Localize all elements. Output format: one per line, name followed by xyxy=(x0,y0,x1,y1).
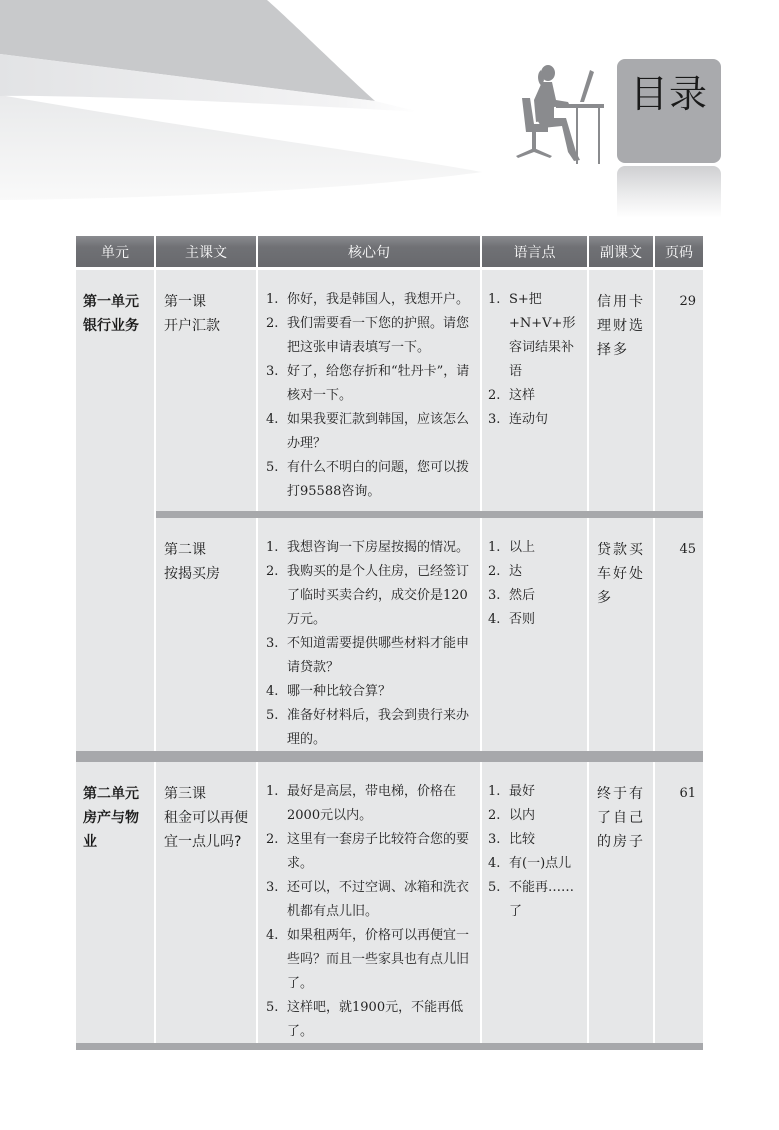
lesson-main-text[interactable]: 第一课 开户汇款 xyxy=(156,270,258,511)
unit-row: 第一单元 银行业务 第一课 开户汇款 1.你好，我是韩国人，我想开户。 2.我们… xyxy=(76,270,703,751)
core-sentence: 3.还可以，不过空调、冰箱和洗衣机都有点儿旧。 xyxy=(266,876,474,924)
item-number: 3. xyxy=(488,828,509,852)
item-text: 最好 xyxy=(509,780,583,804)
item-number: 4. xyxy=(266,924,287,996)
unit-name-line: 第一单元 xyxy=(83,290,154,314)
item-number: 3. xyxy=(266,876,287,924)
lesson-number: 第一课 xyxy=(164,290,256,314)
unit-separator xyxy=(76,751,703,762)
item-text: 有什么不明白的问题，您可以拨打95588咨询。 xyxy=(287,456,474,504)
language-point: 5.不能再……了 xyxy=(488,876,583,924)
lesson-number: 第二课 xyxy=(164,538,256,562)
sub-text[interactable]: 贷款买车好处多 xyxy=(589,518,655,751)
item-text: 还可以，不过空调、冰箱和洗衣机都有点儿旧。 xyxy=(287,876,474,924)
item-text: 哪一种比较合算？ xyxy=(287,680,474,704)
language-point: 1.S+把+N+V+形容词结果补语 xyxy=(488,288,583,384)
item-number: 5. xyxy=(266,996,287,1044)
woman-at-computer-icon xyxy=(508,60,608,170)
item-text: 比较 xyxy=(509,828,583,852)
unit-lessons: 第三课 租金可以再便 宜一点儿吗? 1.最好是高层，带电梯，价格在2000元以内… xyxy=(156,762,703,1043)
item-number: 2. xyxy=(488,384,509,408)
item-text: 连动句 xyxy=(509,408,583,432)
item-number: 2. xyxy=(266,312,287,360)
core-sentence: 4.如果我要汇款到韩国，应该怎么办理？ xyxy=(266,408,474,456)
item-number: 3. xyxy=(266,360,287,408)
column-header-language-points: 语言点 xyxy=(482,236,589,267)
item-text: 准备好材料后，我会到贵行来办理的。 xyxy=(287,704,474,752)
core-sentence: 2.我们需要看一下您的护照。请您把这张申请表填写一下。 xyxy=(266,312,474,360)
item-number: 3. xyxy=(488,408,509,432)
language-points: 1.S+把+N+V+形容词结果补语 2.这样 3.连动句 xyxy=(482,270,589,511)
item-text: 不能再……了 xyxy=(509,876,583,924)
item-number: 2. xyxy=(266,560,287,632)
core-sentence: 3.好了，给您存折和“牡丹卡”，请核对一下。 xyxy=(266,360,474,408)
item-number: 5. xyxy=(266,456,287,504)
core-sentences: 1.我想咨询一下房屋按揭的情况。 2.我购买的是个人住房，已经签订了临时买卖合约… xyxy=(258,518,482,751)
item-number: 1. xyxy=(488,780,509,804)
sub-text[interactable]: 终于有了自己的房子 xyxy=(589,762,655,1043)
item-text: 最好是高层，带电梯，价格在2000元以内。 xyxy=(287,780,474,828)
unit-name: 第一单元 银行业务 xyxy=(76,270,156,751)
language-point: 3.然后 xyxy=(488,584,583,608)
unit-lessons: 第一课 开户汇款 1.你好，我是韩国人，我想开户。 2.我们需要看一下您的护照。… xyxy=(156,270,703,751)
lesson-title: 按揭买房 xyxy=(164,562,256,586)
unit-name: 第二单元 房产与物 业 xyxy=(76,762,156,1043)
core-sentence: 2.我购买的是个人住房，已经签订了临时买卖合约，成交价是120万元。 xyxy=(266,560,474,632)
title-box: 目录 xyxy=(617,59,721,163)
item-number: 1. xyxy=(266,288,287,312)
unit-name-line: 业 xyxy=(83,830,154,854)
item-number: 1. xyxy=(488,536,509,560)
item-number: 3. xyxy=(266,632,287,680)
lesson-title: 开户汇款 xyxy=(164,314,256,338)
core-sentence: 1.你好，我是韩国人，我想开户。 xyxy=(266,288,474,312)
item-text: 有(一)点儿 xyxy=(509,852,583,876)
core-sentences: 1.最好是高层，带电梯，价格在2000元以内。 2.这里有一套房子比较符合您的要… xyxy=(258,762,482,1043)
core-sentence: 5.这样吧，就1900元，不能再低了。 xyxy=(266,996,474,1044)
item-number: 1. xyxy=(266,536,287,560)
item-text: 这样吧，就1900元，不能再低了。 xyxy=(287,996,474,1044)
table-bottom-border xyxy=(76,1043,703,1050)
item-text: 这样 xyxy=(509,384,583,408)
item-text: 以内 xyxy=(509,804,583,828)
core-sentence: 2.这里有一套房子比较符合您的要求。 xyxy=(266,828,474,876)
item-text: 这里有一套房子比较符合您的要求。 xyxy=(287,828,474,876)
core-sentence: 1.我想咨询一下房屋按揭的情况。 xyxy=(266,536,474,560)
page-number[interactable]: 29 xyxy=(655,270,702,511)
lesson-row: 第三课 租金可以再便 宜一点儿吗? 1.最好是高层，带电梯，价格在2000元以内… xyxy=(156,762,703,1043)
lesson-title: 租金可以再便 xyxy=(164,806,256,830)
lesson-separator xyxy=(156,511,703,518)
item-number: 1. xyxy=(488,288,509,384)
lesson-main-text[interactable]: 第二课 按揭买房 xyxy=(156,518,258,751)
item-number: 4. xyxy=(266,680,287,704)
item-text: 你好，我是韩国人，我想开户。 xyxy=(287,288,474,312)
unit-row: 第二单元 房产与物 业 第三课 租金可以再便 宜一点儿吗? 1.最好是高层，带电… xyxy=(76,762,703,1043)
item-text: 不知道需要提供哪些材料才能申请贷款？ xyxy=(287,632,474,680)
core-sentence: 1.最好是高层，带电梯，价格在2000元以内。 xyxy=(266,780,474,828)
table-of-contents: 单元 主课文 核心句 语言点 副课文 页码 第一单元 银行业务 第一课 开户汇款… xyxy=(76,236,703,1050)
core-sentences: 1.你好，我是韩国人，我想开户。 2.我们需要看一下您的护照。请您把这张申请表填… xyxy=(258,270,482,511)
lesson-row: 第二课 按揭买房 1.我想咨询一下房屋按揭的情况。 2.我购买的是个人住房，已经… xyxy=(156,518,703,751)
language-points: 1.以上 2.达 3.然后 4.否则 xyxy=(482,518,589,751)
item-text: S+把+N+V+形容词结果补语 xyxy=(509,288,583,384)
language-point: 3.比较 xyxy=(488,828,583,852)
item-text: 我想咨询一下房屋按揭的情况。 xyxy=(287,536,474,560)
core-sentence: 5.有什么不明白的问题，您可以拨打95588咨询。 xyxy=(266,456,474,504)
language-point: 2.这样 xyxy=(488,384,583,408)
table-header: 单元 主课文 核心句 语言点 副课文 页码 xyxy=(76,236,703,267)
unit-name-line: 第二单元 xyxy=(83,782,154,806)
column-header-sub-text: 副课文 xyxy=(589,236,655,267)
column-header-unit: 单元 xyxy=(76,236,156,267)
item-text: 我购买的是个人住房，已经签订了临时买卖合约，成交价是120万元。 xyxy=(287,560,474,632)
item-text: 以上 xyxy=(509,536,583,560)
item-text: 好了，给您存折和“牡丹卡”，请核对一下。 xyxy=(287,360,474,408)
item-text: 否则 xyxy=(509,608,583,632)
item-number: 1. xyxy=(266,780,287,828)
column-header-page: 页码 xyxy=(655,236,703,267)
core-sentence: 4.哪一种比较合算？ xyxy=(266,680,474,704)
unit-name-line: 银行业务 xyxy=(83,314,154,338)
item-number: 2. xyxy=(488,804,509,828)
language-point: 4.有(一)点儿 xyxy=(488,852,583,876)
item-number: 4. xyxy=(266,408,287,456)
page-title: 目录 xyxy=(617,63,721,118)
core-sentence: 5.准备好材料后，我会到贵行来办理的。 xyxy=(266,704,474,752)
unit-name-line: 房产与物 xyxy=(83,806,154,830)
item-text: 如果租两年，价格可以再便宜一些吗？而且一些家具也有点儿旧了。 xyxy=(287,924,474,996)
lesson-number: 第三课 xyxy=(164,782,256,806)
language-point: 1.以上 xyxy=(488,536,583,560)
item-number: 4. xyxy=(488,852,509,876)
item-text: 达 xyxy=(509,560,583,584)
language-point: 3.连动句 xyxy=(488,408,583,432)
item-number: 5. xyxy=(488,876,509,924)
item-text: 我们需要看一下您的护照。请您把这张申请表填写一下。 xyxy=(287,312,474,360)
lesson-title: 宜一点儿吗? xyxy=(164,830,256,854)
core-sentence: 4.如果租两年，价格可以再便宜一些吗？而且一些家具也有点儿旧了。 xyxy=(266,924,474,996)
page-number[interactable]: 45 xyxy=(655,518,702,751)
language-point: 2.以内 xyxy=(488,804,583,828)
core-sentence: 3.不知道需要提供哪些材料才能申请贷款？ xyxy=(266,632,474,680)
sub-text[interactable]: 信用卡理财选择多 xyxy=(589,270,655,511)
item-number: 2. xyxy=(266,828,287,876)
language-point: 2.达 xyxy=(488,560,583,584)
item-number: 4. xyxy=(488,608,509,632)
column-header-main-text: 主课文 xyxy=(156,236,258,267)
item-number: 5. xyxy=(266,704,287,752)
language-point: 4.否则 xyxy=(488,608,583,632)
lesson-row: 第一课 开户汇款 1.你好，我是韩国人，我想开户。 2.我们需要看一下您的护照。… xyxy=(156,270,703,511)
language-points: 1.最好 2.以内 3.比较 4.有(一)点儿 5.不能再……了 xyxy=(482,762,589,1043)
page-number[interactable]: 61 xyxy=(655,762,702,1043)
item-number: 3. xyxy=(488,584,509,608)
item-number: 2. xyxy=(488,560,509,584)
lesson-main-text[interactable]: 第三课 租金可以再便 宜一点儿吗? xyxy=(156,762,258,1043)
column-header-core-sentences: 核心句 xyxy=(258,236,482,267)
item-text: 然后 xyxy=(509,584,583,608)
language-point: 1.最好 xyxy=(488,780,583,804)
title-box-reflection xyxy=(617,166,721,218)
item-text: 如果我要汇款到韩国，应该怎么办理？ xyxy=(287,408,474,456)
